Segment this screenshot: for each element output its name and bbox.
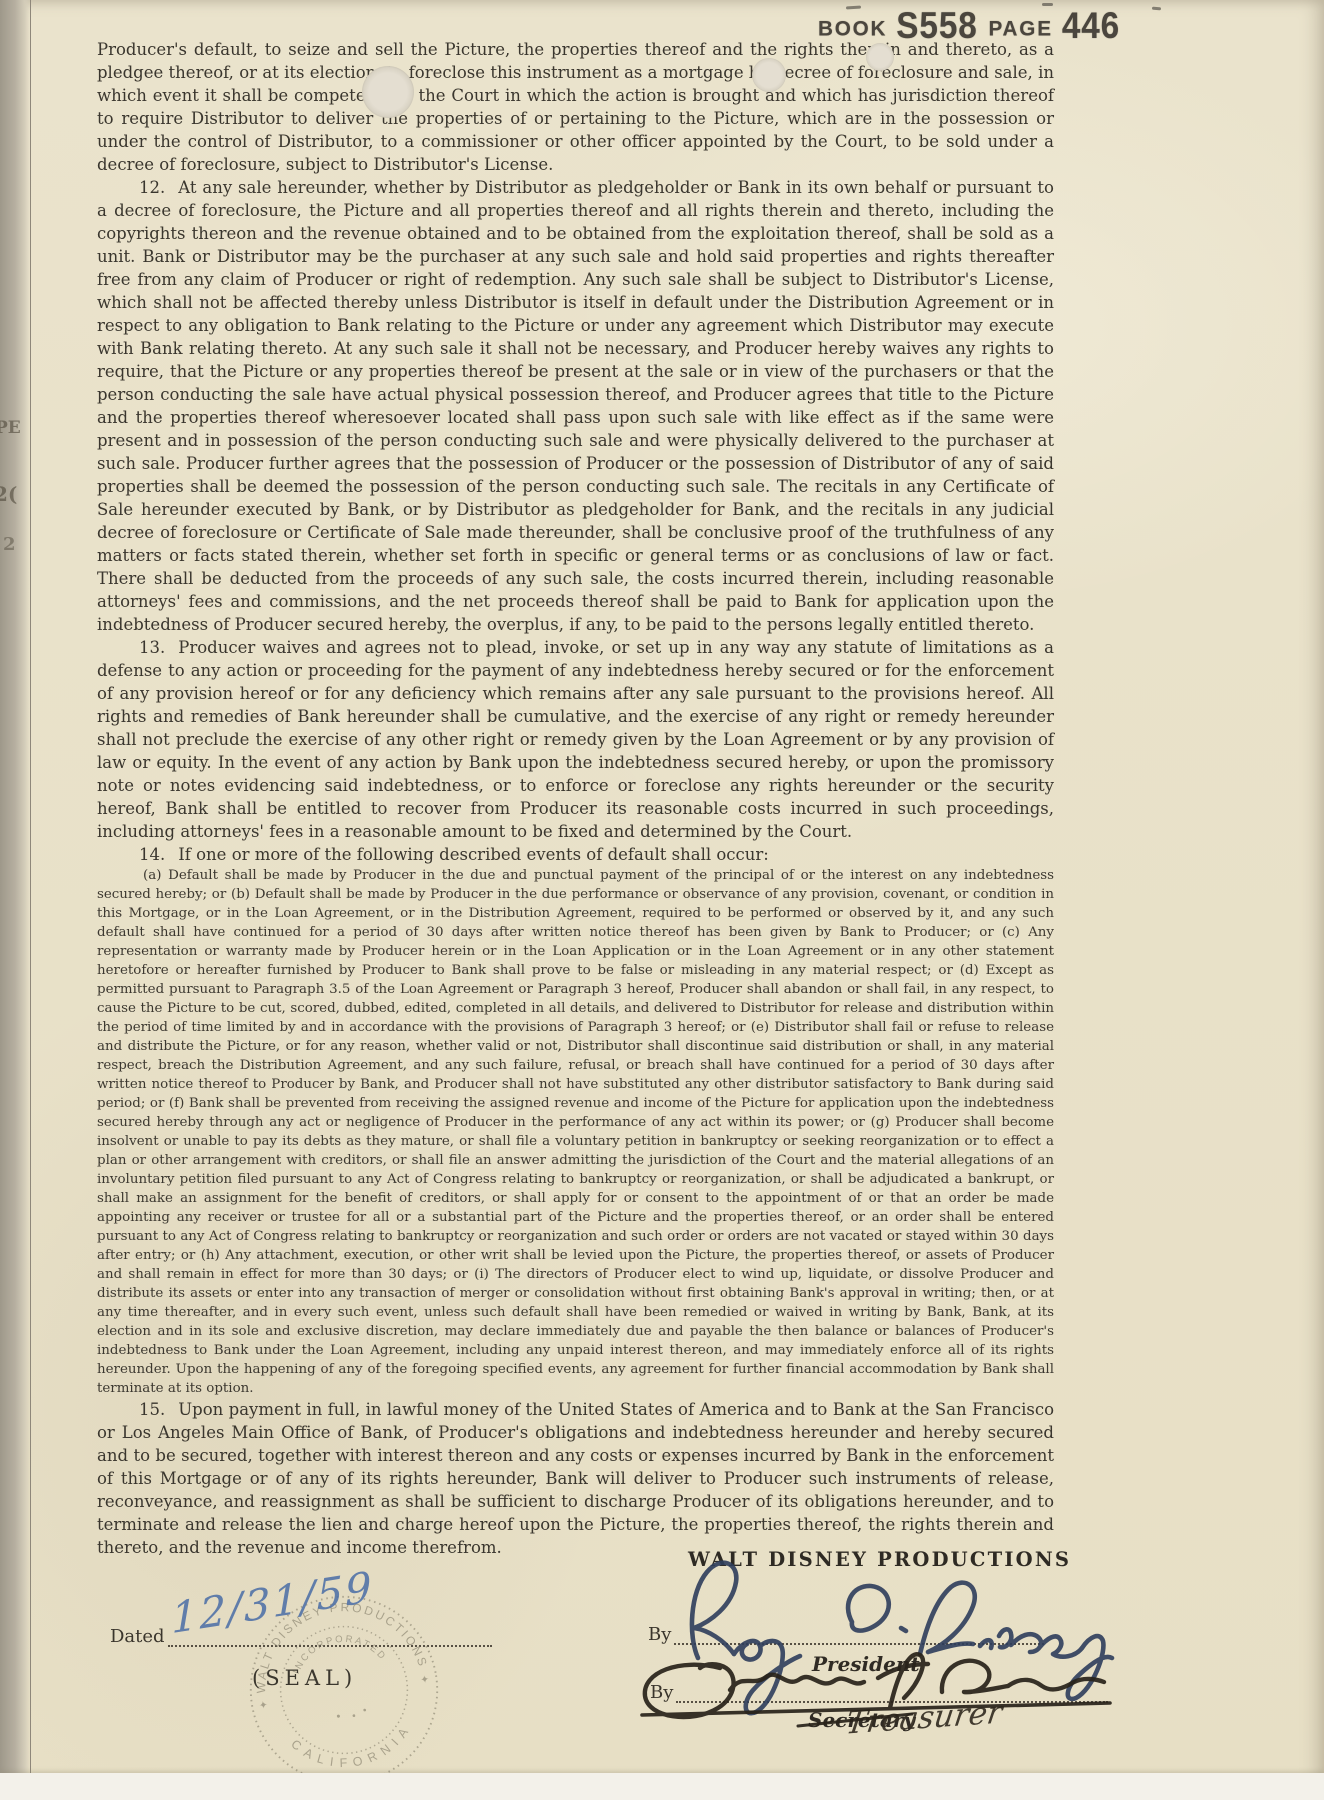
signatures-overlay: [590, 1540, 1150, 1770]
paper-speck: [1152, 7, 1161, 11]
paragraph-number: 14.: [139, 845, 178, 864]
scan-left-edge: PE 2( 2: [0, 0, 31, 1775]
hole-punch: [362, 66, 414, 118]
paragraph-continuation: Producer's default, to seize and sell th…: [97, 38, 1054, 176]
paragraph-text: If one or more of the following describe…: [178, 845, 769, 864]
paragraph-14-heading: 14.If one or more of the following descr…: [97, 843, 1054, 866]
paragraph-number: 15.: [139, 1400, 178, 1419]
hole-punch: [752, 58, 786, 92]
document-body: Producer's default, to seize and sell th…: [97, 38, 1054, 1559]
hole-punch: [866, 43, 894, 71]
paragraph-number: 12.: [139, 178, 178, 197]
seal-ring-bottom-text: CALIFORNIA: [287, 1718, 420, 1779]
paragraph-15: 15.Upon payment in full, in lawful money…: [97, 1398, 1054, 1559]
edge-text-fragment: 2: [3, 534, 16, 555]
paper-speck: [1042, 3, 1053, 6]
seal-star-right: ✦: [419, 1673, 430, 1686]
signature-secretary-treasurer: [642, 1654, 1110, 1726]
paragraph-text: At any sale hereunder, whether by Distri…: [97, 178, 1054, 634]
scanned-legal-document-page: PE 2( 2 BOOK S558 PAGE 446 Producer's de…: [0, 0, 1324, 1800]
seal-label: (SEAL): [252, 1666, 357, 1690]
svg-text:CALIFORNIA: CALIFORNIA: [287, 1718, 420, 1779]
paragraph-14-fine-print: (a) Default shall be made by Producer in…: [97, 866, 1054, 1398]
book-page-stamp: BOOK S558 PAGE 446: [818, 10, 1120, 41]
secretary-strikethrough: [798, 1714, 912, 1726]
paragraph-13: 13.Producer waives and agrees not to ple…: [97, 636, 1054, 843]
paragraph-text: Upon payment in full, in lawful money of…: [97, 1400, 1054, 1557]
paragraph-12: 12.At any sale hereunder, whether by Dis…: [97, 176, 1054, 636]
paper-speck: [846, 5, 861, 9]
seal-star-left: ✦: [258, 1699, 269, 1712]
book-number: S558: [896, 10, 988, 41]
scan-bottom-edge: [0, 1773, 1324, 1800]
edge-text-fragment: PE: [0, 418, 21, 438]
edge-text-fragment: 2(: [0, 482, 17, 506]
paragraph-text: Producer waives and agrees not to plead,…: [97, 638, 1054, 841]
page-number: 446: [1062, 10, 1120, 41]
dated-label: Dated: [110, 1626, 165, 1647]
paragraph-number: 13.: [139, 638, 178, 657]
